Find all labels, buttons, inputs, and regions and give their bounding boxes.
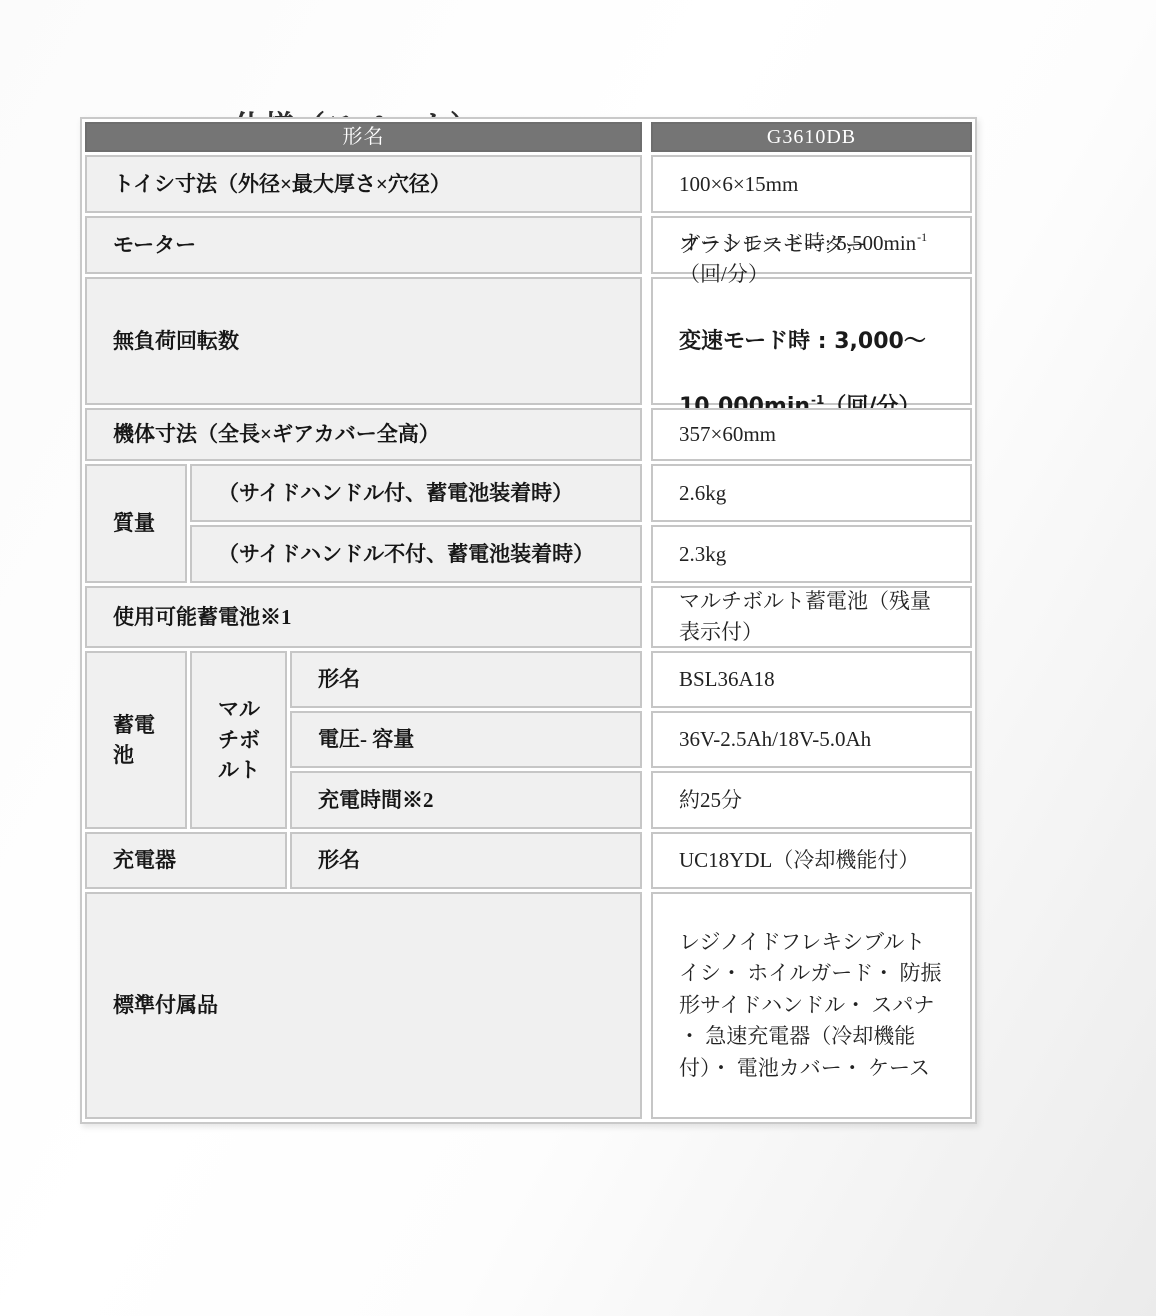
group-label-battery: 蓄電 池 <box>85 651 187 829</box>
row-value-wheel-size: 100×6×15mm <box>651 155 972 213</box>
row-label-body-size: 機体寸法（全長×ギアカバー全高） <box>85 408 642 461</box>
row-value-no-load-speed: オートモード時: 5,500min-1 （回/分） 変速モード時 : 3,000… <box>651 277 972 405</box>
rpm-variable-line1: 変速モード時 : 3,000～ <box>679 325 926 359</box>
group-label-multivolt: マル チボ ルト <box>190 651 287 829</box>
rpm-auto-unit: （回/分） <box>679 259 769 290</box>
rpm-auto-line: オートモード時: 5,500min-1 <box>679 228 927 259</box>
row-label-battery-voltage: 電圧- 容量 <box>290 711 642 768</box>
row-label-mass-without-handle: （サイドハンドル不付、蓄電池装着時） <box>190 525 642 583</box>
row-value-usable-battery: マルチボルト蓄電池（残量 表示付） <box>651 586 972 648</box>
row-label-wheel-size: トイシ寸法（外径×最大厚さ×穴径） <box>85 155 642 213</box>
spec-table: 形名 G3610DB トイシ寸法（外径×最大厚さ×穴径） 100×6×15mm … <box>80 117 977 1124</box>
row-label-mass-with-handle: （サイドハンドル付、蓄電池装着時） <box>190 464 642 522</box>
row-value-battery-charge-time: 約25分 <box>651 771 972 829</box>
row-value-mass-with-handle: 2.6kg <box>651 464 972 522</box>
header-model-label: 形名 <box>85 122 642 152</box>
header-model-value: G3610DB <box>651 122 972 152</box>
group-label-charger: 充電器 <box>85 832 287 889</box>
row-label-battery-model: 形名 <box>290 651 642 708</box>
group-label-mass: 質量 <box>85 464 187 583</box>
row-label-no-load-speed: 無負荷回転数 <box>85 277 642 405</box>
row-label-battery-charge-time: 充電時間※2 <box>290 771 642 829</box>
row-value-battery-voltage: 36V-2.5Ah/18V-5.0Ah <box>651 711 972 768</box>
row-label-accessories: 標準付属品 <box>85 892 642 1119</box>
row-value-mass-without-handle: 2.3kg <box>651 525 972 583</box>
row-value-accessories: レジノイドフレキシブルト イシ・ ホイルガード・ 防振 形サイドハンドル・ スパ… <box>651 892 972 1119</box>
row-value-battery-model: BSL36A18 <box>651 651 972 708</box>
row-label-motor: モーター <box>85 216 642 274</box>
row-label-charger-model: 形名 <box>290 832 642 889</box>
row-label-usable-battery: 使用可能蓄電池※1 <box>85 586 642 648</box>
row-value-charger-model: UC18YDL（冷却機能付） <box>651 832 972 889</box>
row-value-body-size: 357×60mm <box>651 408 972 461</box>
